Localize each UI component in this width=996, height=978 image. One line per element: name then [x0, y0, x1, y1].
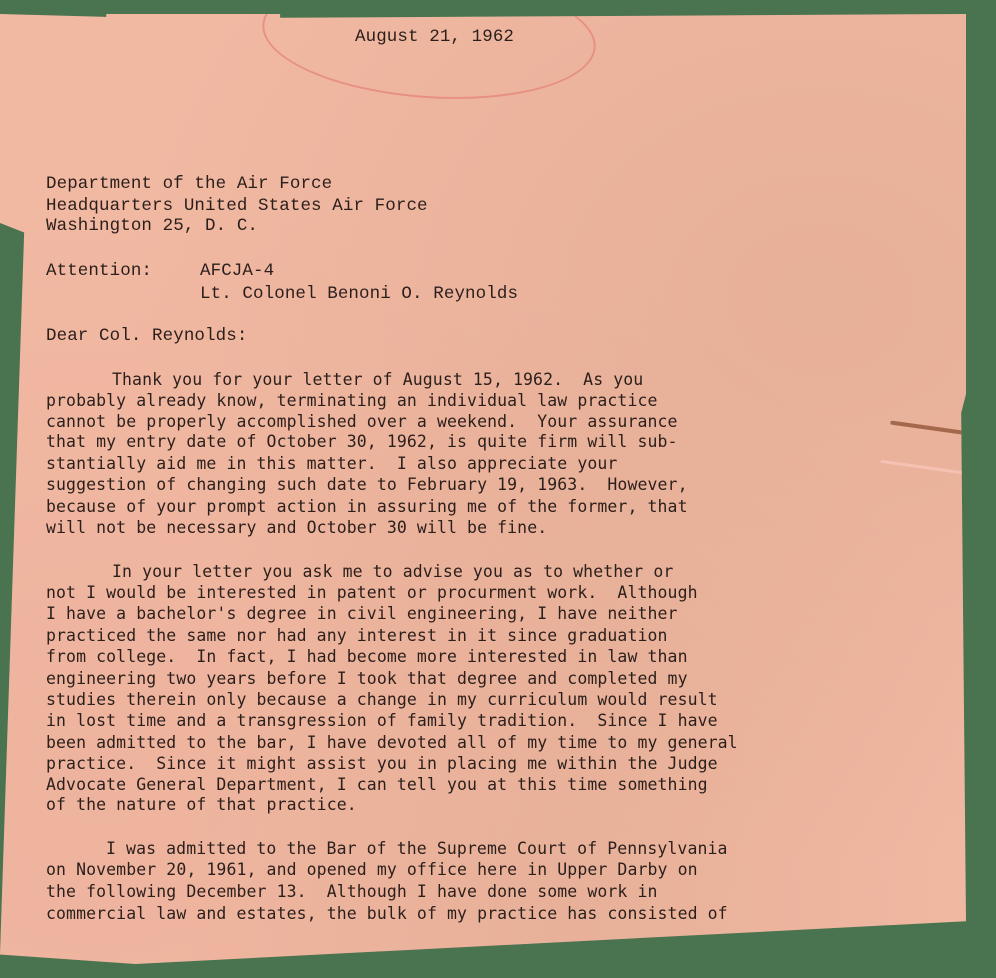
- paragraph-line: I was admitted to the Bar of the Supreme…: [106, 839, 728, 859]
- paragraph-line: commercial law and estates, the bulk of …: [46, 904, 728, 924]
- recipient-line-3: Washington 25, D. C.: [46, 216, 258, 236]
- attention-line-2: Lt. Colonel Benoni O. Reynolds: [200, 284, 518, 304]
- paragraph-line: will not be necessary and October 30 wil…: [46, 518, 547, 538]
- paragraph-line: Advocate General Department, I can tell …: [46, 775, 708, 795]
- paragraph-line: stantially aid me in this matter. I also…: [46, 454, 617, 474]
- paragraph-line: I have a bachelor's degree in civil engi…: [46, 604, 678, 624]
- paragraph-line: in lost time and a transgression of fami…: [46, 711, 718, 731]
- paragraph-line: practice. Since it might assist you in p…: [46, 754, 718, 774]
- paragraph-line: that my entry date of October 30, 1962, …: [46, 432, 678, 452]
- paragraph-line: engineering two years before I took that…: [46, 669, 688, 689]
- paragraph-line: because of your prompt action in assurin…: [46, 497, 688, 517]
- paragraph-line: practiced the same nor had any interest …: [46, 626, 668, 646]
- paragraph-line: been admitted to the bar, I have devoted…: [46, 733, 738, 753]
- paragraph-line: studies therein only because a change in…: [46, 690, 718, 710]
- paragraph-line: from college. In fact, I had become more…: [46, 647, 688, 667]
- paragraph-line: suggestion of changing such date to Febr…: [46, 475, 688, 495]
- paragraph-line: not I would be interested in patent or p…: [46, 583, 698, 603]
- pencil-circle-mark: [258, 0, 600, 109]
- recipient-line-1: Department of the Air Force: [46, 174, 332, 194]
- letter-date: August 21, 1962: [355, 27, 514, 47]
- recipient-line-2: Headquarters United States Air Force: [46, 196, 428, 216]
- paragraph-line: on November 20, 1961, and opened my offi…: [46, 860, 698, 880]
- stain-mark: [890, 420, 970, 435]
- paragraph-line: probably already know, terminating an in…: [46, 391, 658, 411]
- paragraph-line: In your letter you ask me to advise you …: [112, 562, 673, 582]
- salutation: Dear Col. Reynolds:: [46, 326, 247, 346]
- paragraph-line: Thank you for your letter of August 15, …: [112, 370, 643, 390]
- attention-label: Attention:: [46, 261, 152, 281]
- paragraph-line: cannot be properly accomplished over a w…: [46, 412, 678, 432]
- paragraph-line: the following December 13. Although I ha…: [46, 882, 658, 902]
- paragraph-line: of the nature of that practice.: [46, 795, 357, 815]
- stain-mark-light: [880, 460, 970, 475]
- attention-line-1: AFCJA-4: [200, 261, 274, 281]
